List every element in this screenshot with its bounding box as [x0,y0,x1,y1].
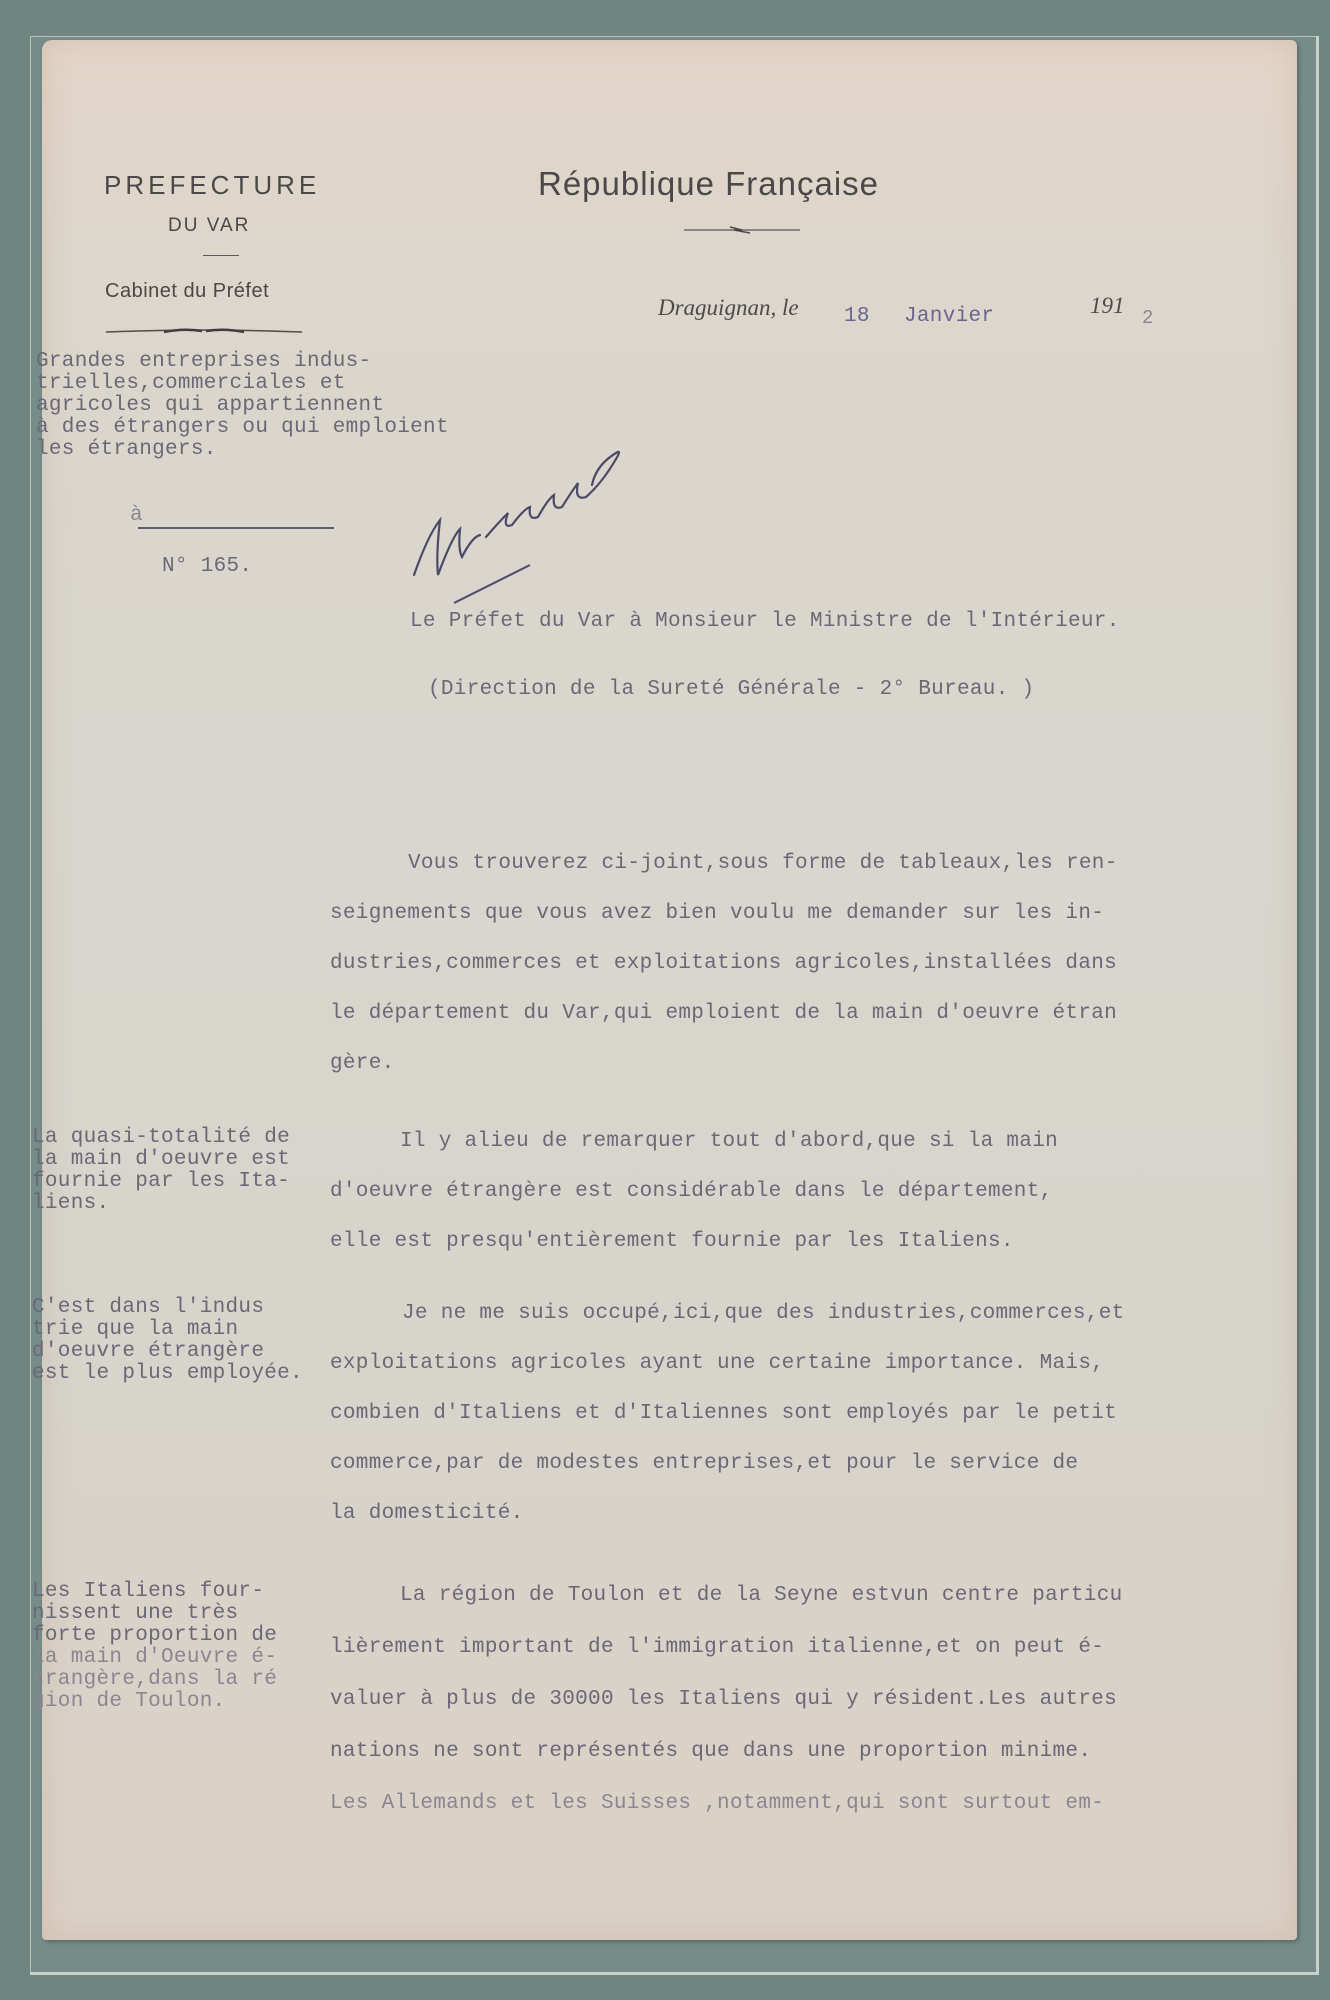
margin-note-line: C'est dans l'indus [32,1296,264,1319]
margin-note-line: fournie par les Ita- [32,1170,290,1193]
margin-note-line: gion de Toulon. [32,1690,226,1713]
margin-note-line: d'oeuvre étrangère [32,1340,264,1363]
body-line: Il y alieu de remarquer tout d'abord,que… [400,1130,1058,1153]
body-line: gère. [330,1052,395,1075]
ornamental-divider-right [682,224,802,236]
body-line: elle est presqu'entièrement fournie par … [330,1230,1014,1253]
body-line: d'oeuvre étrangère est considérable dans… [330,1180,1053,1203]
body-line: Je ne me suis occupé,ici,que des industr… [402,1302,1125,1325]
subject-line: trielles,commerciales et [36,372,346,395]
margin-note-line: la main d'Oeuvre é- [32,1646,277,1669]
subject-line: à des étrangers ou qui emploient [36,416,449,439]
address-line: Le Préfet du Var à Monsieur le Ministre … [410,610,1120,633]
margin-note-line: trangère,dans la ré [32,1668,277,1691]
cabinet-label: Cabinet du Préfet [105,280,269,303]
body-line: dustries,commerces et exploitations agri… [330,952,1117,975]
body-line: valuer à plus de 30000 les Italiens qui … [330,1688,1117,1711]
reference-prefix: à [130,504,143,527]
reference-line [138,527,334,529]
margin-note-line: liens. [32,1192,109,1215]
body-line: combien d'Italiens et d'Italiennes sont … [330,1402,1117,1425]
margin-note-line: la main d'oeuvre est [32,1148,290,1171]
margin-note-line: forte proportion de [32,1624,277,1647]
body-line: lièrement important de l'immigration ita… [330,1636,1104,1659]
subject-line: agricoles qui appartiennent [36,394,384,417]
date-year-printed: 191 [1090,293,1125,319]
body-line: exploitations agricoles ayant une certai… [330,1352,1104,1375]
date-day: 18 [844,305,870,328]
body-line: Les Allemands et les Suisses ,notamment,… [330,1792,1104,1815]
ornamental-divider-left [104,326,304,338]
short-divider [203,255,239,256]
document-page: PREFECTURE DU VAR Cabinet du Préfet Répu… [42,40,1297,1940]
subject-line: Grandes entreprises indus- [36,350,371,373]
date-month: Janvier [904,305,994,328]
body-line: Vous trouverez ci-joint,sous forme de ta… [408,852,1118,875]
place-date-prefix: Draguignan, le [658,295,799,321]
body-line: seignements que vous avez bien voulu me … [330,902,1104,925]
margin-note-line: nissent une très [32,1602,238,1625]
handwritten-signature: Mirante [402,425,642,605]
body-line: la domesticité. [330,1502,524,1525]
prefecture-title: PREFECTURE [104,170,320,201]
margin-note-line: Les Italiens four- [32,1580,264,1603]
body-line: La région de Toulon et de la Seyne estvu… [400,1584,1123,1607]
margin-note-line: La quasi-totalité de [32,1126,290,1149]
address-direction: (Direction de la Sureté Générale - 2° Bu… [428,678,1034,701]
margin-note-line: est le plus employée. [32,1362,303,1385]
body-line: commerce,par de modestes entreprises,et … [330,1452,1078,1475]
subject-line: les étrangers. [36,438,217,461]
reference-number: N° 165. [162,555,252,578]
margin-note-line: trie que la main [32,1318,238,1341]
date-year-typed: 2 [1142,307,1154,329]
body-line: le département du Var,qui emploient de l… [330,1002,1117,1025]
department-label: DU VAR [168,215,250,237]
body-line: nations ne sont représentés que dans une… [330,1740,1091,1763]
republic-title: République Française [538,165,879,203]
